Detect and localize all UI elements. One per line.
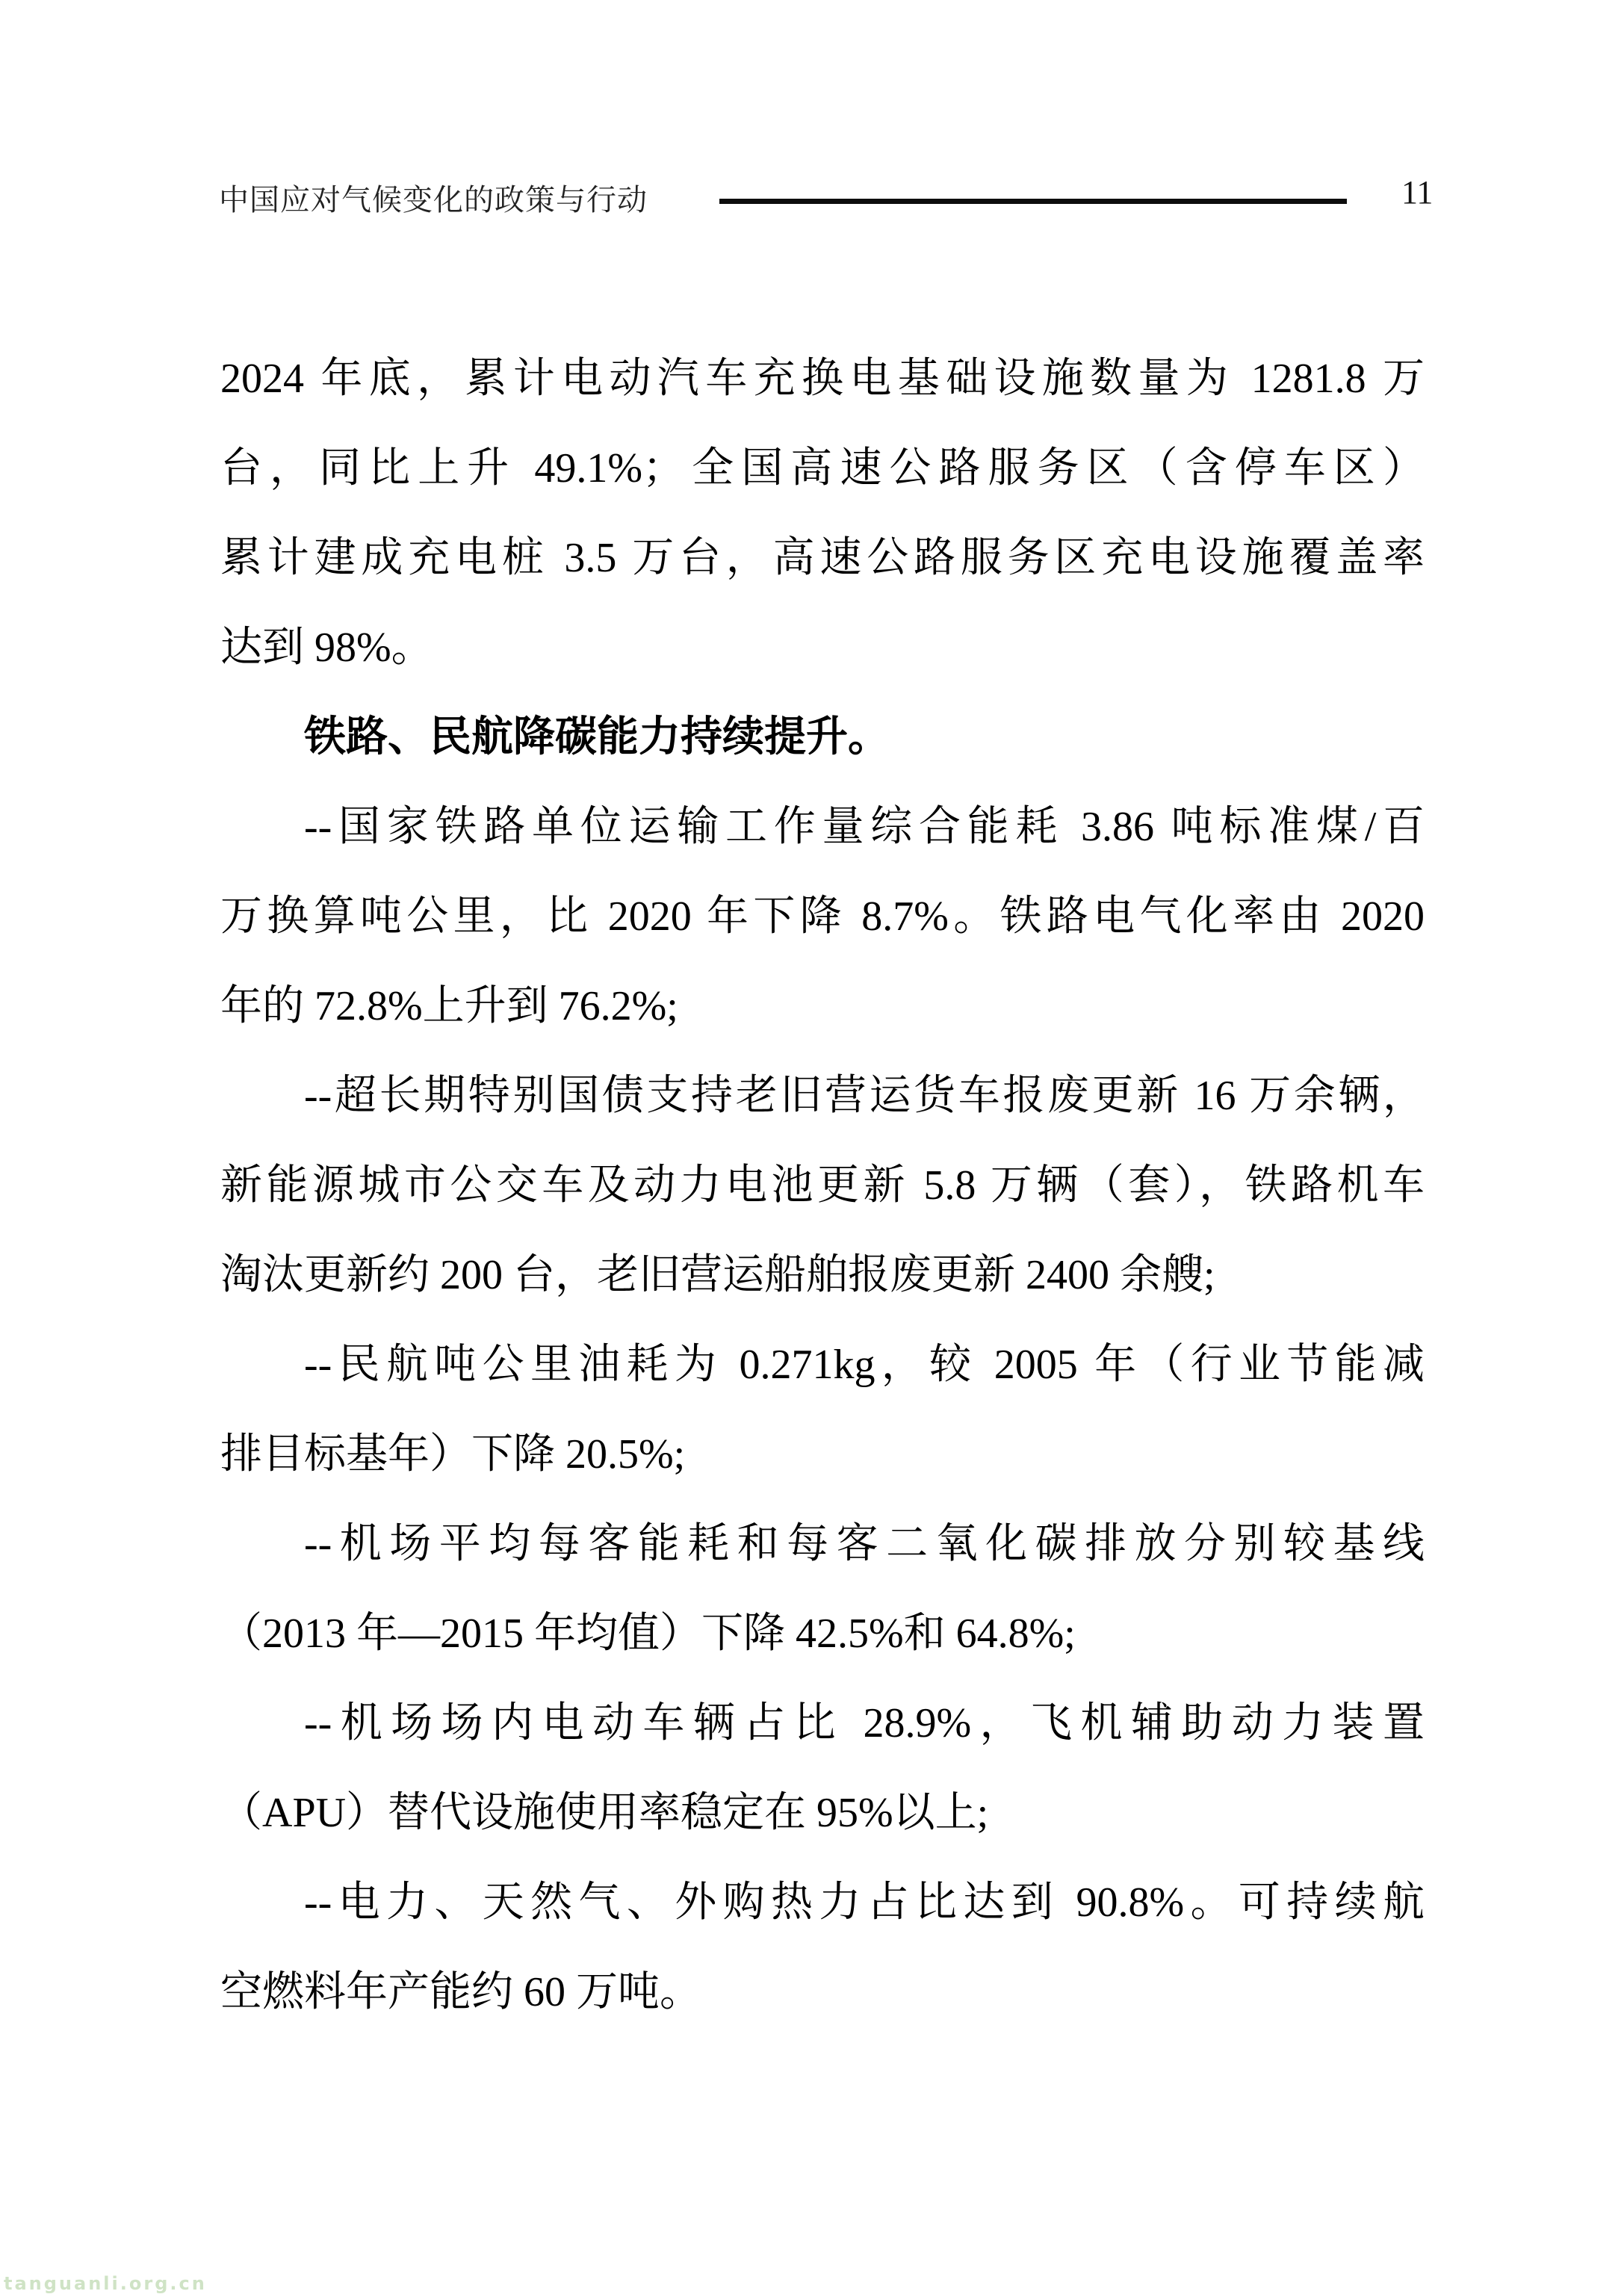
text-line: --国家铁路单位运输工作量综合能耗 3.86 吨标准煤/百 (220, 782, 1425, 872)
text-line: --机场平均每客能耗和每客二氧化碳排放分别较基线 (220, 1499, 1425, 1589)
body-text: 2024 年底，累计电动汽车充换电基础设施数量为 1281.8 万 台，同比上升… (220, 334, 1425, 2037)
text-line: --机场场内电动车辆占比 28.9%，飞机辅助动力装置 (220, 1678, 1425, 1768)
header-title: 中国应对气候变化的政策与行动 (219, 181, 648, 220)
text-line: 年的 72.8%上升到 76.2%; (220, 961, 1425, 1051)
text-line: 万换算吨公里，比 2020 年下降 8.7%。铁路电气化率由 2020 (220, 872, 1425, 961)
text-line: 台，同比上升 49.1%；全国高速公路服务区（含停车区） (220, 424, 1425, 513)
text-line: 空燃料年产能约 60 万吨。 (220, 1947, 1425, 2037)
text-line: 累计建成充电桩 3.5 万台，高速公路服务区充电设施覆盖率 (220, 513, 1425, 603)
text-line: （2013 年—2015 年均值）下降 42.5%和 64.8%; (220, 1589, 1425, 1678)
watermark: tanguanli.org.cn (4, 2273, 207, 2294)
section-heading: 铁路、民航降碳能力持续提升。 (220, 692, 1425, 782)
text-line: 2024 年底，累计电动汽车充换电基础设施数量为 1281.8 万 (220, 334, 1425, 424)
text-line: --电力、天然气、外购热力占比达到 90.8%。可持续航 (220, 1858, 1425, 1947)
document-page: 中国应对气候变化的政策与行动 11 2024 年底，累计电动汽车充换电基础设施数… (0, 0, 1624, 2294)
text-line: 淘汰更新约 200 台，老旧营运船舶报废更新 2400 余艘; (220, 1230, 1425, 1320)
text-line: 达到 98%。 (220, 603, 1425, 692)
text-line: （APU）替代设施使用率稳定在 95%以上; (220, 1768, 1425, 1858)
text-line: --超长期特别国债支持老旧营运货车报废更新 16 万余辆， (220, 1051, 1425, 1141)
text-line: 排目标基年）下降 20.5%; (220, 1410, 1425, 1499)
text-line: 新能源城市公交车及动力电池更新 5.8 万辆（套），铁路机车 (220, 1141, 1425, 1230)
page-number: 11 (1401, 173, 1433, 212)
header-rule (719, 199, 1347, 204)
text-line: --民航吨公里油耗为 0.271kg，较 2005 年（行业节能减 (220, 1320, 1425, 1410)
